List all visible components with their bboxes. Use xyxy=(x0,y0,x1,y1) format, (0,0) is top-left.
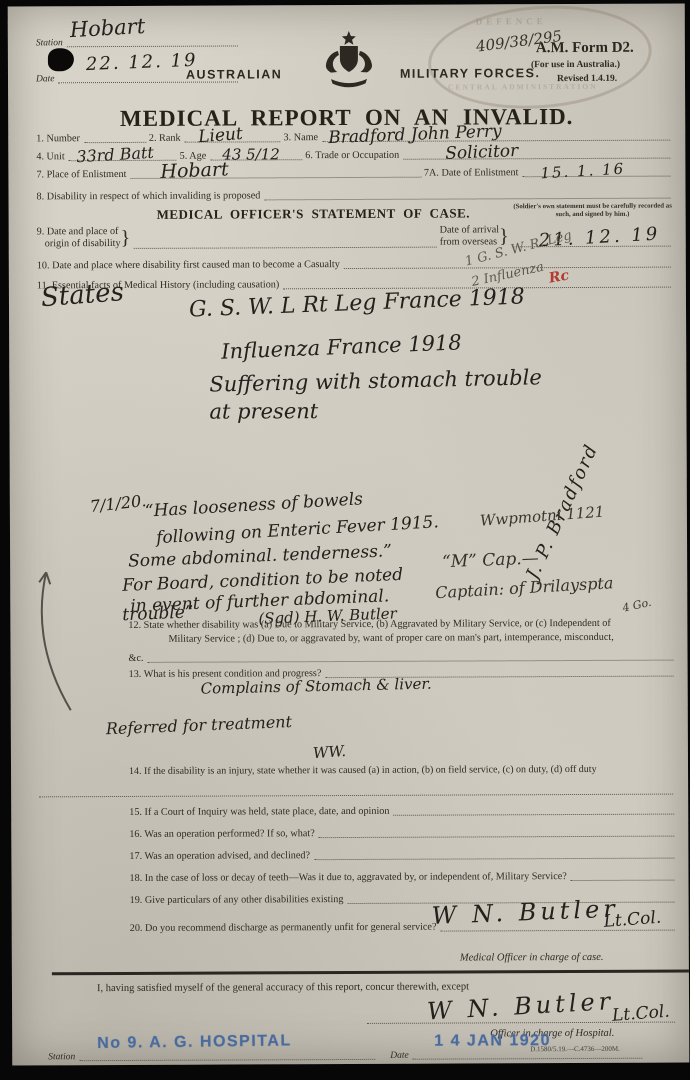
arrival-label: Date of arrival from overseas xyxy=(440,224,500,249)
history-line-2: Influenza France 1918 xyxy=(221,332,462,362)
side-scrawl-1: Wwpmotni 1121 xyxy=(480,505,605,529)
q15-row: 15. If a Court of Inquiry was held, stat… xyxy=(129,804,677,818)
enlist-date-value: 15. 1. 16 xyxy=(540,162,626,182)
statement-heading: MEDICAL OFFICER'S STATEMENT OF CASE. xyxy=(157,205,471,222)
trade-label: 6. Trade or Occupation xyxy=(305,150,399,161)
forces-left-text: AUSTRALIAN xyxy=(186,67,282,81)
trade-value: Solicitor xyxy=(445,143,519,163)
q9-brace: } xyxy=(120,227,130,250)
q10-row: 10. Date and place where disability firs… xyxy=(37,257,674,272)
form-paper: DEFENCE CENTRAL ADMINISTRATION Station H… xyxy=(8,4,690,1066)
q17-line xyxy=(314,848,674,861)
q14-answer-row xyxy=(39,784,676,799)
name-line: Bradford John Perry xyxy=(322,130,670,143)
field-row-1: 1. Number 2. Rank Lieut 3. Name Bradford… xyxy=(36,130,673,145)
q9-label-line1: 9. Date and place of xyxy=(37,226,119,237)
q16-label: 16. Was an operation performed? If so, w… xyxy=(129,828,314,840)
mo-rank: Lt.Col. xyxy=(603,910,662,931)
unit-label: 4. Unit xyxy=(36,151,64,162)
q10-label: 10. Date and place where disability firs… xyxy=(37,259,340,271)
q14-line xyxy=(39,784,673,798)
scanned-document: DEFENCE CENTRAL ADMINISTRATION Station H… xyxy=(0,0,690,1080)
enlist-date-line: 15. 1. 16 xyxy=(522,166,670,178)
statement-note-line1: (Soldier's own statement must be careful… xyxy=(513,203,664,211)
enlist-place-label: 7. Place of Enlistment xyxy=(36,169,126,180)
q15-line xyxy=(393,804,674,816)
enlist-date-label: 7A. Date of Enlistment xyxy=(424,167,519,178)
q14-label: 14. If the disability is an injury, stat… xyxy=(129,764,597,777)
q17-row: 17. Was an operation advised, and declin… xyxy=(129,848,677,862)
number-label: 1. Number xyxy=(36,133,80,144)
q16-row: 16. Was an operation performed? If so, w… xyxy=(129,826,677,840)
punch-hole xyxy=(48,48,74,71)
q17-label: 17. Was an operation advised, and declin… xyxy=(129,850,310,862)
unit-line: 33rd Batt xyxy=(69,150,177,161)
concur-text: I, having satisfied myself of the genera… xyxy=(97,981,469,994)
station-value: Hobart xyxy=(69,16,145,41)
coat-of-arms-icon xyxy=(320,29,378,89)
arrival-label-line2: from overseas xyxy=(440,237,497,248)
field-row-3: 7. Place of Enlistment Hobart 7A. Date o… xyxy=(36,166,673,181)
rank-value: Lieut xyxy=(198,126,244,146)
margin-arrow xyxy=(24,558,89,722)
footer-date-label: Date xyxy=(390,1051,409,1061)
footer-station-label: Station xyxy=(48,1052,75,1062)
q18-row: 18. In the case of loss or decay of teet… xyxy=(129,870,677,884)
history-states: States xyxy=(40,279,125,311)
mo-signature: W N. Butler xyxy=(431,897,619,928)
form-revised-note: Revised 1.4.19. xyxy=(557,74,617,84)
station-stamp: No 9. A. G. HOSPITAL xyxy=(97,1032,292,1053)
forces-right-text: MILITARY FORCES. xyxy=(400,66,540,81)
field-row-2: 4. Unit 33rd Batt 5. Age 43 5/12 6. Trad… xyxy=(36,148,673,163)
rank-line: Lieut xyxy=(185,131,281,142)
age-value: 43 5/12 xyxy=(222,147,280,162)
q12-line-2: Military Service ; (d) Due to, or aggrav… xyxy=(168,632,613,645)
field-row-4: 8. Disability in respect of which invali… xyxy=(36,188,673,203)
side-scrawl-2: “M” Cap.— xyxy=(442,550,539,571)
entry-line-2: following on Enteric Fever 1915. xyxy=(156,514,439,547)
enlist-place-line: Hobart xyxy=(130,167,421,179)
entry-line-1: “Has looseness of bowels xyxy=(145,491,364,520)
disability-label: 8. Disability in respect of which invali… xyxy=(36,190,260,202)
q9-row: 9. Date and place of origin of disabilit… xyxy=(37,224,674,251)
q9-line xyxy=(134,237,437,249)
history-line-3: Suffering with stomach trouble xyxy=(209,367,542,395)
q12-line-1: 12. State whether disability was (a) Due… xyxy=(128,618,610,631)
form-code: A.M. Form D2. xyxy=(536,40,634,57)
q18-label: 18. In the case of loss or decay of teet… xyxy=(129,871,566,884)
number-line xyxy=(84,132,146,143)
mo-caption: Medical Officer in charge of case. xyxy=(460,952,604,964)
q12-etc-row: &c. xyxy=(129,650,677,664)
form-use-note: (For use in Australia.) xyxy=(531,60,620,70)
oval-stamp-top-text: DEFENCE xyxy=(476,16,547,26)
q20-label: 20. Do you recommend discharge as perman… xyxy=(130,922,437,934)
trade-line: Solicitor xyxy=(403,148,670,160)
side-scrawl-3: Captain: of Drilayspta xyxy=(435,575,614,601)
q18-line xyxy=(571,870,675,881)
station-label: Station xyxy=(36,38,63,48)
q12-etc-label: &c. xyxy=(129,653,144,664)
entry-date: 7/1/20. xyxy=(89,493,147,515)
q9-label: 9. Date and place of origin of disabilit… xyxy=(37,226,121,251)
history-line-4: at present xyxy=(209,401,318,422)
date-stamp: 1 4 JAN 1920 xyxy=(434,1032,551,1051)
q16-line xyxy=(319,826,675,839)
q15-label: 15. If a Court of Inquiry was held, stat… xyxy=(129,806,389,818)
q11-row: 11. Essential facts of Medical History (… xyxy=(37,277,674,292)
q12-etc-line xyxy=(148,650,674,663)
statement-heading-note: (Soldier's own statement must be careful… xyxy=(507,203,679,221)
q13-handwriting-1: Complains of Stomach & liver. xyxy=(201,677,432,697)
enlist-place-value: Hobart xyxy=(160,160,229,182)
disability-line xyxy=(264,188,670,201)
section-divider xyxy=(52,970,689,975)
history-line-1: G. S. W. L Rt Leg France 1918 xyxy=(189,286,526,321)
date-label: Date xyxy=(36,74,55,84)
date-value: 22. 12. 19 xyxy=(86,52,198,74)
q9-label-line2: origin of disability xyxy=(37,238,121,249)
side-scrawl-4: 4 Go. xyxy=(621,597,652,614)
unit-value: 33rd Batt xyxy=(76,145,154,165)
arrival-label-line1: Date of arrival xyxy=(440,224,499,235)
oc-signature-line xyxy=(367,1014,675,1024)
q13-handwriting-3: WW. xyxy=(312,744,346,761)
q13-handwriting-2: Referred for treatment xyxy=(106,714,293,737)
q19-label: 19. Give particulars of any other disabi… xyxy=(130,894,344,906)
name-label: 3. Name xyxy=(284,132,319,143)
